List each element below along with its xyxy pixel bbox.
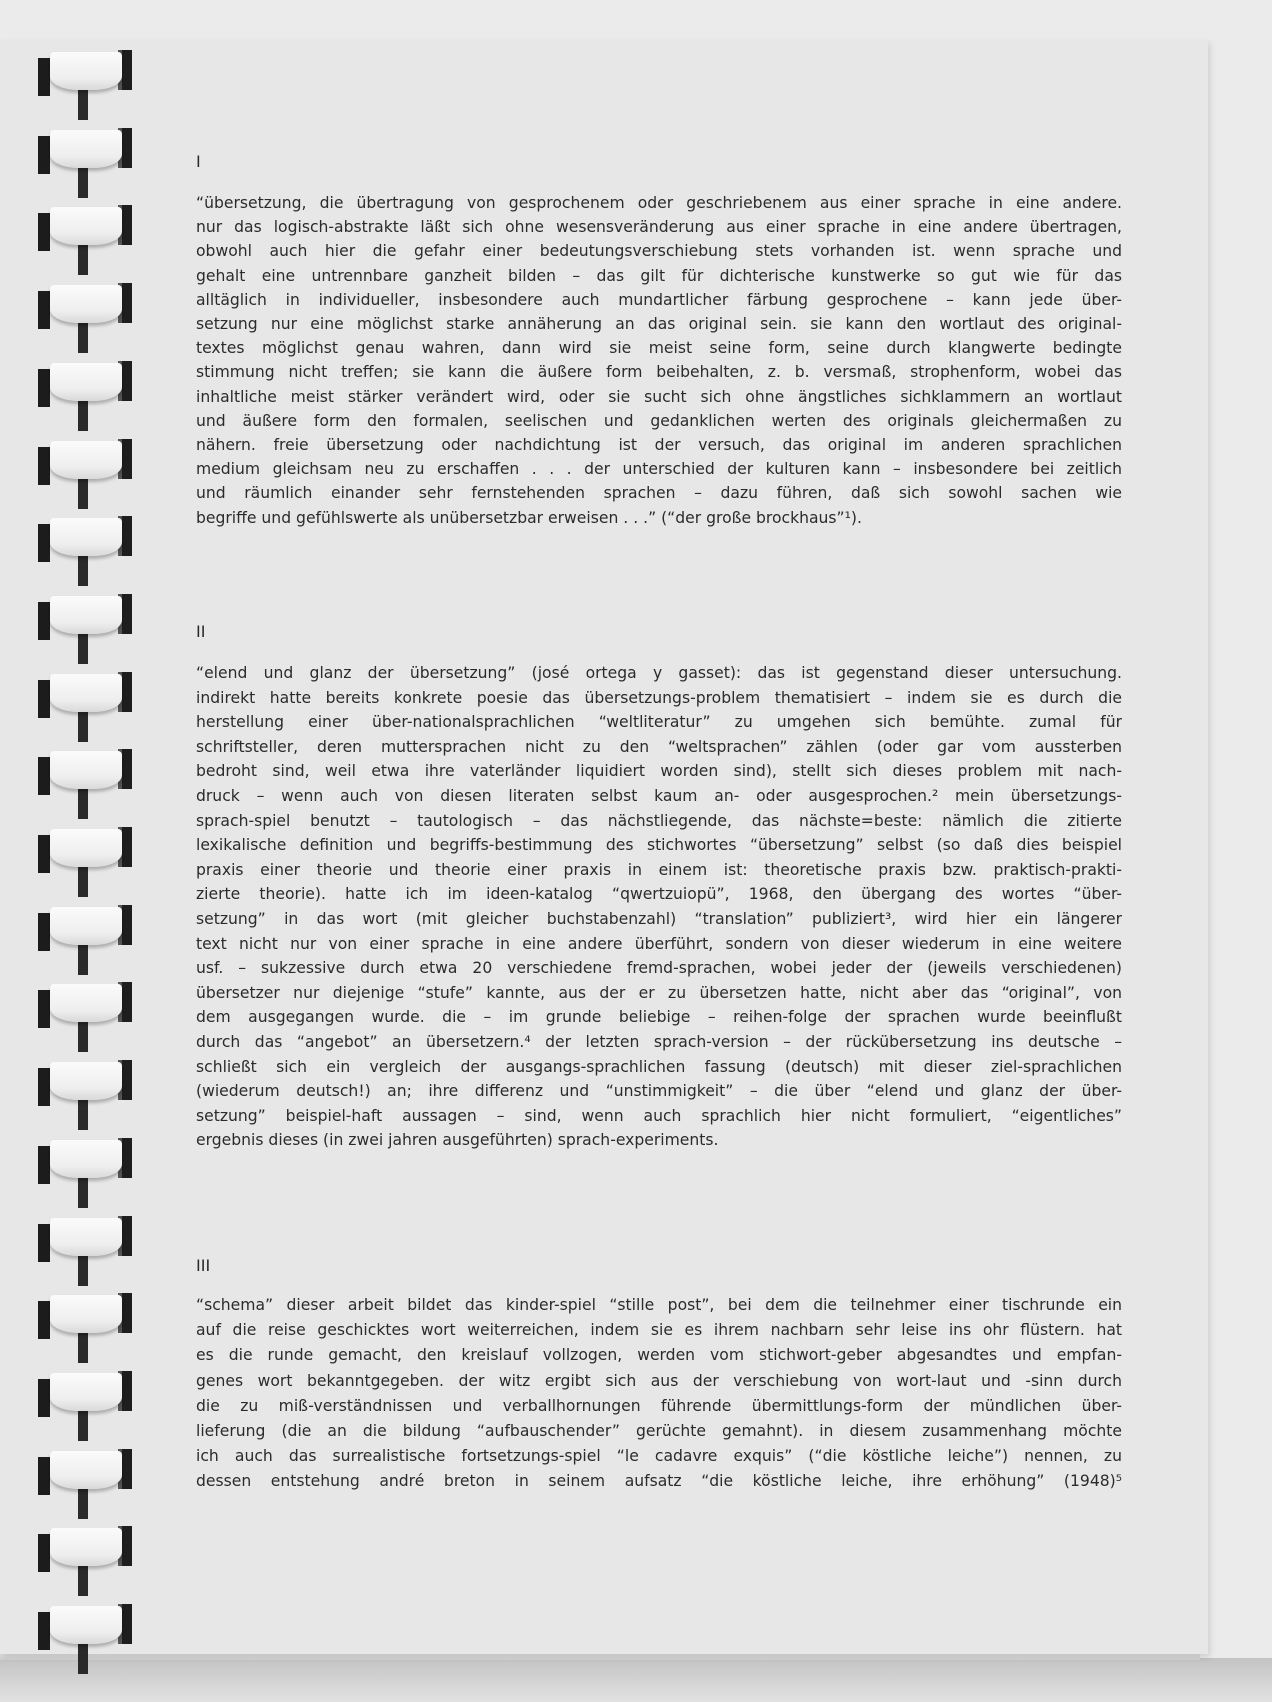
text-line: ich auch das surrealistische fortsetzung… [196, 1444, 1122, 1469]
binding-ring [34, 199, 134, 259]
binding-hole [38, 524, 50, 562]
binding-ring [34, 1132, 134, 1192]
binding-loop [50, 207, 122, 245]
text-line: textes möglichst genau wahren, dann wird… [196, 336, 1122, 360]
binding-hole [38, 680, 50, 718]
binding-spine [78, 90, 88, 120]
binding-spine [78, 945, 88, 975]
text-line: begriffe und gefühlswerte als unübersetz… [196, 506, 1122, 530]
binding-spine [78, 1644, 88, 1674]
binding-loop [50, 1062, 122, 1100]
binding-loop [50, 1528, 122, 1566]
binding-loop [50, 363, 122, 401]
binding-hole [38, 1146, 50, 1184]
binding-loop [50, 1295, 122, 1333]
binding-spine [78, 168, 88, 198]
text-line: “übersetzung, die übertragung von gespro… [196, 191, 1122, 215]
text-line: gehalt eine untrennbare ganzheit bilden … [196, 264, 1122, 288]
binding-loop [50, 984, 122, 1022]
binding-spine [78, 323, 88, 353]
binding-hole [38, 58, 50, 96]
binding-hole [38, 369, 50, 407]
text-line: indirekt hatte bereits konkrete poesie d… [196, 686, 1122, 711]
binding-spine [78, 1100, 88, 1130]
binding-loop [50, 829, 122, 867]
text-line: text nicht nur von einer sprache in eine… [196, 932, 1122, 957]
binding-spine [78, 245, 88, 275]
text-line: stimmung nicht treffen; sie kann die äuß… [196, 360, 1122, 384]
binding-ring [34, 1365, 134, 1425]
section-numeral: III [196, 1256, 1122, 1275]
binding-hole [38, 1457, 50, 1495]
binding-loop [50, 1218, 122, 1256]
binding-ring [34, 588, 134, 648]
text-line: übersetzer nur diejenige “stufe” kannte,… [196, 981, 1122, 1006]
text-line: bedroht sind, weil etwa ihre vaterländer… [196, 759, 1122, 784]
binding-spine [78, 1256, 88, 1286]
text-line: genes wort bekanntgegeben. der witz ergi… [196, 1369, 1122, 1394]
text-line: nur das logisch-abstrakte läßt sich ohne… [196, 215, 1122, 239]
binding-ring [34, 666, 134, 726]
binding-loop [50, 751, 122, 789]
binding-hole [38, 913, 50, 951]
binding-spine [78, 712, 88, 742]
binding-spine [78, 867, 88, 897]
text-line: setzung” beispiel-haft aussagen – sind, … [196, 1104, 1122, 1129]
binding-ring [34, 1520, 134, 1580]
binding-spine [78, 1333, 88, 1363]
text-line: setzung nur eine möglichst starke annähe… [196, 312, 1122, 336]
binding-spine [78, 1566, 88, 1596]
text-line: medium gleichsam neu zu erschaffen . . .… [196, 457, 1122, 481]
section-2: II “elend und glanz der übersetzung” (jo… [196, 622, 1122, 1153]
text-line: setzung” in das wort (mit gleicher buchs… [196, 907, 1122, 932]
binding-loop [50, 518, 122, 556]
text-line: “elend und glanz der übersetzung” (josé … [196, 661, 1122, 686]
binding-loop [50, 52, 122, 90]
binding-ring [34, 44, 134, 104]
text-line: praxis einer theorie und theorie einer p… [196, 858, 1122, 883]
binding-ring [34, 1054, 134, 1114]
text-line: auf die reise geschicktes wort weiterrei… [196, 1318, 1122, 1343]
binding-hole [38, 1224, 50, 1262]
binding-ring [34, 122, 134, 182]
binding-loop [50, 1373, 122, 1411]
text-line: “schema” dieser arbeit bildet das kinder… [196, 1293, 1122, 1318]
text-line: ergebnis dieses (in zwei jahren ausgefüh… [196, 1128, 1122, 1153]
binding-hole [38, 835, 50, 873]
binding-loop [50, 1606, 122, 1644]
binding-loop [50, 285, 122, 323]
text-line: druck – wenn auch von diesen literaten s… [196, 784, 1122, 809]
binding-spine [78, 1489, 88, 1519]
binding-hole [38, 1379, 50, 1417]
section-3-paragraph: “schema” dieser arbeit bildet das kinder… [196, 1293, 1122, 1495]
binding-hole [38, 1068, 50, 1106]
binding-loop [50, 596, 122, 634]
text-line: inhaltliche meist stärker verändert wird… [196, 385, 1122, 409]
table-surface-shadow [0, 1658, 1272, 1702]
binding-loop [50, 441, 122, 479]
text-line: obwohl auch hier die gefahr einer bedeut… [196, 239, 1122, 263]
text-line: und äußere form den formalen, seelischen… [196, 409, 1122, 433]
binding-ring [34, 743, 134, 803]
text-line: es die runde gemacht, den kreislauf voll… [196, 1343, 1122, 1368]
binding-spine [78, 479, 88, 509]
text-line: herstellung einer über-nationalsprachlic… [196, 710, 1122, 735]
binding-ring [34, 433, 134, 493]
binding-spine [78, 1178, 88, 1208]
binding-loop [50, 907, 122, 945]
binding-spine [78, 1022, 88, 1052]
binding-hole [38, 213, 50, 251]
binding-hole [38, 602, 50, 640]
text-line: die zu miß-verständnissen und verballhor… [196, 1394, 1122, 1419]
section-2-paragraph: “elend und glanz der übersetzung” (josé … [196, 661, 1122, 1153]
binding-hole [38, 136, 50, 174]
binding-loop [50, 1140, 122, 1178]
section-1: I “übersetzung, die übertragung von gesp… [196, 152, 1122, 530]
binding-ring [34, 976, 134, 1036]
binding-loop [50, 1451, 122, 1489]
text-line: dessen entstehung andré breton in seinem… [196, 1469, 1122, 1494]
text-line: lieferung (die an die bildung “aufbausch… [196, 1419, 1122, 1444]
binding-hole [38, 1534, 50, 1572]
binding-spine [78, 1411, 88, 1441]
binding-ring [34, 277, 134, 337]
binding-spine [78, 556, 88, 586]
text-line: schließt sich ein vergleich der ausgangs… [196, 1055, 1122, 1080]
text-line: alltäglich in individueller, insbesonder… [196, 288, 1122, 312]
comb-binding [0, 0, 150, 1702]
binding-loop [50, 674, 122, 712]
binding-hole [38, 990, 50, 1028]
text-line: sprach-spiel benutzt – tautologisch – da… [196, 809, 1122, 834]
text-line: usf. – sukzessive durch etwa 20 verschie… [196, 956, 1122, 981]
text-line: dem ausgegangen wurde. die – im grunde b… [196, 1005, 1122, 1030]
binding-spine [78, 634, 88, 664]
text-line: zierte theorie). hatte ich im ideen-kata… [196, 882, 1122, 907]
text-line: und räumlich einander sehr fernstehenden… [196, 481, 1122, 505]
binding-hole [38, 757, 50, 795]
binding-ring [34, 510, 134, 570]
section-3: III “schema” dieser arbeit bildet das ki… [196, 1256, 1122, 1495]
binding-ring [34, 899, 134, 959]
section-numeral: I [196, 152, 1122, 171]
binding-spine [78, 401, 88, 431]
binding-ring [34, 355, 134, 415]
binding-hole [38, 1612, 50, 1650]
section-1-paragraph: “übersetzung, die übertragung von gespro… [196, 191, 1122, 530]
binding-ring [34, 1287, 134, 1347]
text-line: lexikalische definition und begriffs-bes… [196, 833, 1122, 858]
binding-loop [50, 130, 122, 168]
binding-ring [34, 1210, 134, 1270]
binding-spine [78, 789, 88, 819]
text-line: schriftsteller, deren muttersprachen nic… [196, 735, 1122, 760]
binding-ring [34, 821, 134, 881]
text-line: (wiederum deutsch!) an; ihre differenz u… [196, 1079, 1122, 1104]
binding-hole [38, 291, 50, 329]
text-line: durch das “angebot” an übersetzern.⁴ der… [196, 1030, 1122, 1055]
text-line: nähern. freie übersetzung oder nachdicht… [196, 433, 1122, 457]
binding-ring [34, 1598, 134, 1658]
section-numeral: II [196, 622, 1122, 641]
binding-hole [38, 447, 50, 485]
binding-ring [34, 1443, 134, 1503]
binding-hole [38, 1301, 50, 1339]
